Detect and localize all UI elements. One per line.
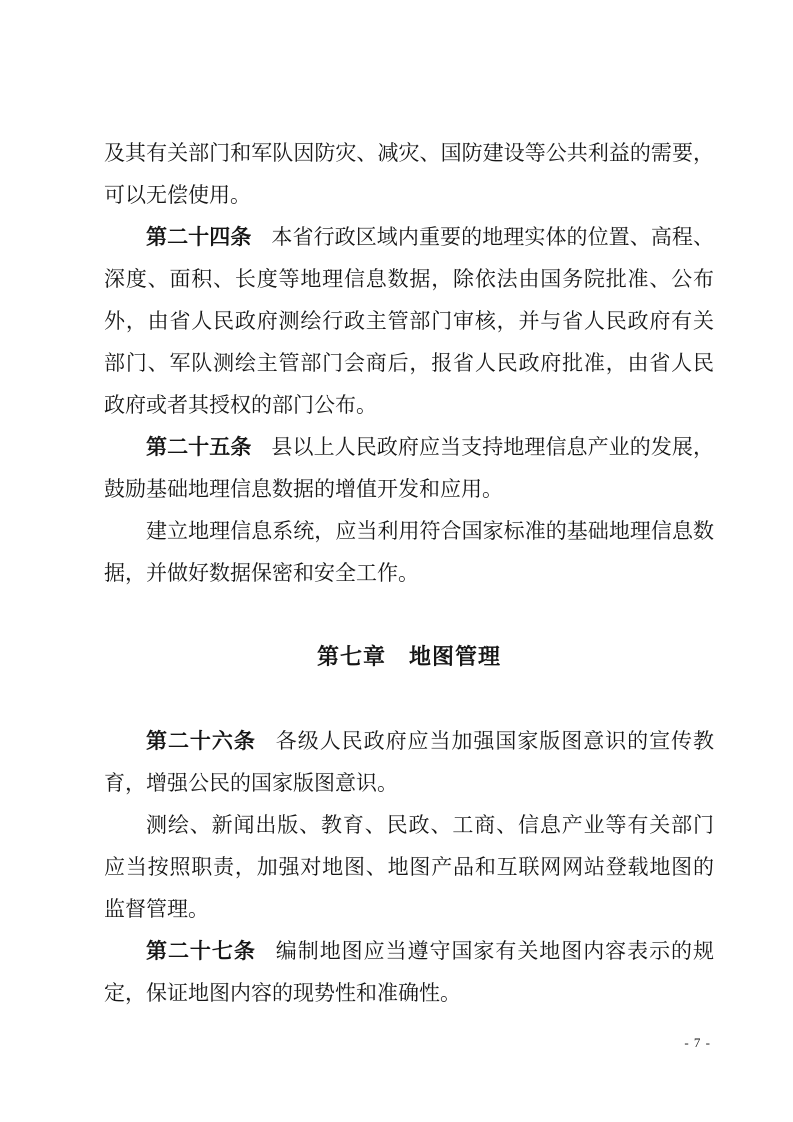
document-content: 及其有关部门和军队因防灾、减灾、国防建设等公共利益的需要，可以无偿使用。第二十四… [104,132,714,1014]
text-line: 鼓励基础地理信息数据的增值开发和应用。 [104,468,714,510]
section-chapter-7: 第二十六条各级人民政府应当加强国家版图意识的宣传教育，增强公民的国家版图意识。测… [104,720,714,1014]
text-line: 第二十六条各级人民政府应当加强国家版图意识的宣传教 [104,720,714,762]
text-line: 外，由省人民政府测绘行政主管部门审核，并与省人民政府有关 [104,300,714,342]
text-line: 建立地理信息系统，应当利用符合国家标准的基础地理信息数 [104,510,714,552]
page-number: - 7 - [684,1035,711,1051]
text-line: 定，保证地图内容的现势性和准确性。 [104,972,714,1014]
article-number: 第二十七条 [146,940,256,963]
paragraph: 第二十四条本省行政区域内重要的地理实体的位置、高程、深度、面积、长度等地理信息数… [104,216,714,426]
article-number: 第二十四条 [146,226,251,249]
text-line: 可以无偿使用。 [104,174,714,216]
text-line: 测绘、新闻出版、教育、民政、工商、信息产业等有关部门 [104,804,714,846]
text-line: 据，并做好数据保密和安全工作。 [104,552,714,594]
article-number: 第二十五条 [146,436,251,459]
paragraph: 第二十五条县以上人民政府应当支持地理信息产业的发展，鼓励基础地理信息数据的增值开… [104,426,714,510]
text-line: 第二十七条编制地图应当遵守国家有关地图内容表示的规 [104,930,714,972]
text-line: 及其有关部门和军队因防灾、减灾、国防建设等公共利益的需要， [104,132,714,174]
chapter-heading: 第七章 地图管理 [104,636,714,678]
text-line: 政府或者其授权的部门公布。 [104,384,714,426]
section-chapter-6-end: 及其有关部门和军队因防灾、减灾、国防建设等公共利益的需要，可以无偿使用。第二十四… [104,132,714,594]
paragraph: 第二十七条编制地图应当遵守国家有关地图内容表示的规定，保证地图内容的现势性和准确… [104,930,714,1014]
text-line: 深度、面积、长度等地理信息数据，除依法由国务院批准、公布 [104,258,714,300]
article-number: 第二十六条 [146,730,256,753]
text-line: 第二十五条县以上人民政府应当支持地理信息产业的发展， [104,426,714,468]
paragraph: 及其有关部门和军队因防灾、减灾、国防建设等公共利益的需要，可以无偿使用。 [104,132,714,216]
paragraph: 第二十六条各级人民政府应当加强国家版图意识的宣传教育，增强公民的国家版图意识。 [104,720,714,804]
text-line: 第二十四条本省行政区域内重要的地理实体的位置、高程、 [104,216,714,258]
text-line: 应当按照职责，加强对地图、地图产品和互联网网站登载地图的 [104,846,714,888]
document-page: 及其有关部门和军队因防灾、减灾、国防建设等公共利益的需要，可以无偿使用。第二十四… [0,0,793,1122]
text-line: 部门、军队测绘主管部门会商后，报省人民政府批准，由省人民 [104,342,714,384]
text-line: 监督管理。 [104,888,714,930]
paragraph: 测绘、新闻出版、教育、民政、工商、信息产业等有关部门应当按照职责，加强对地图、地… [104,804,714,930]
text-line: 育，增强公民的国家版图意识。 [104,762,714,804]
paragraph: 建立地理信息系统，应当利用符合国家标准的基础地理信息数据，并做好数据保密和安全工… [104,510,714,594]
